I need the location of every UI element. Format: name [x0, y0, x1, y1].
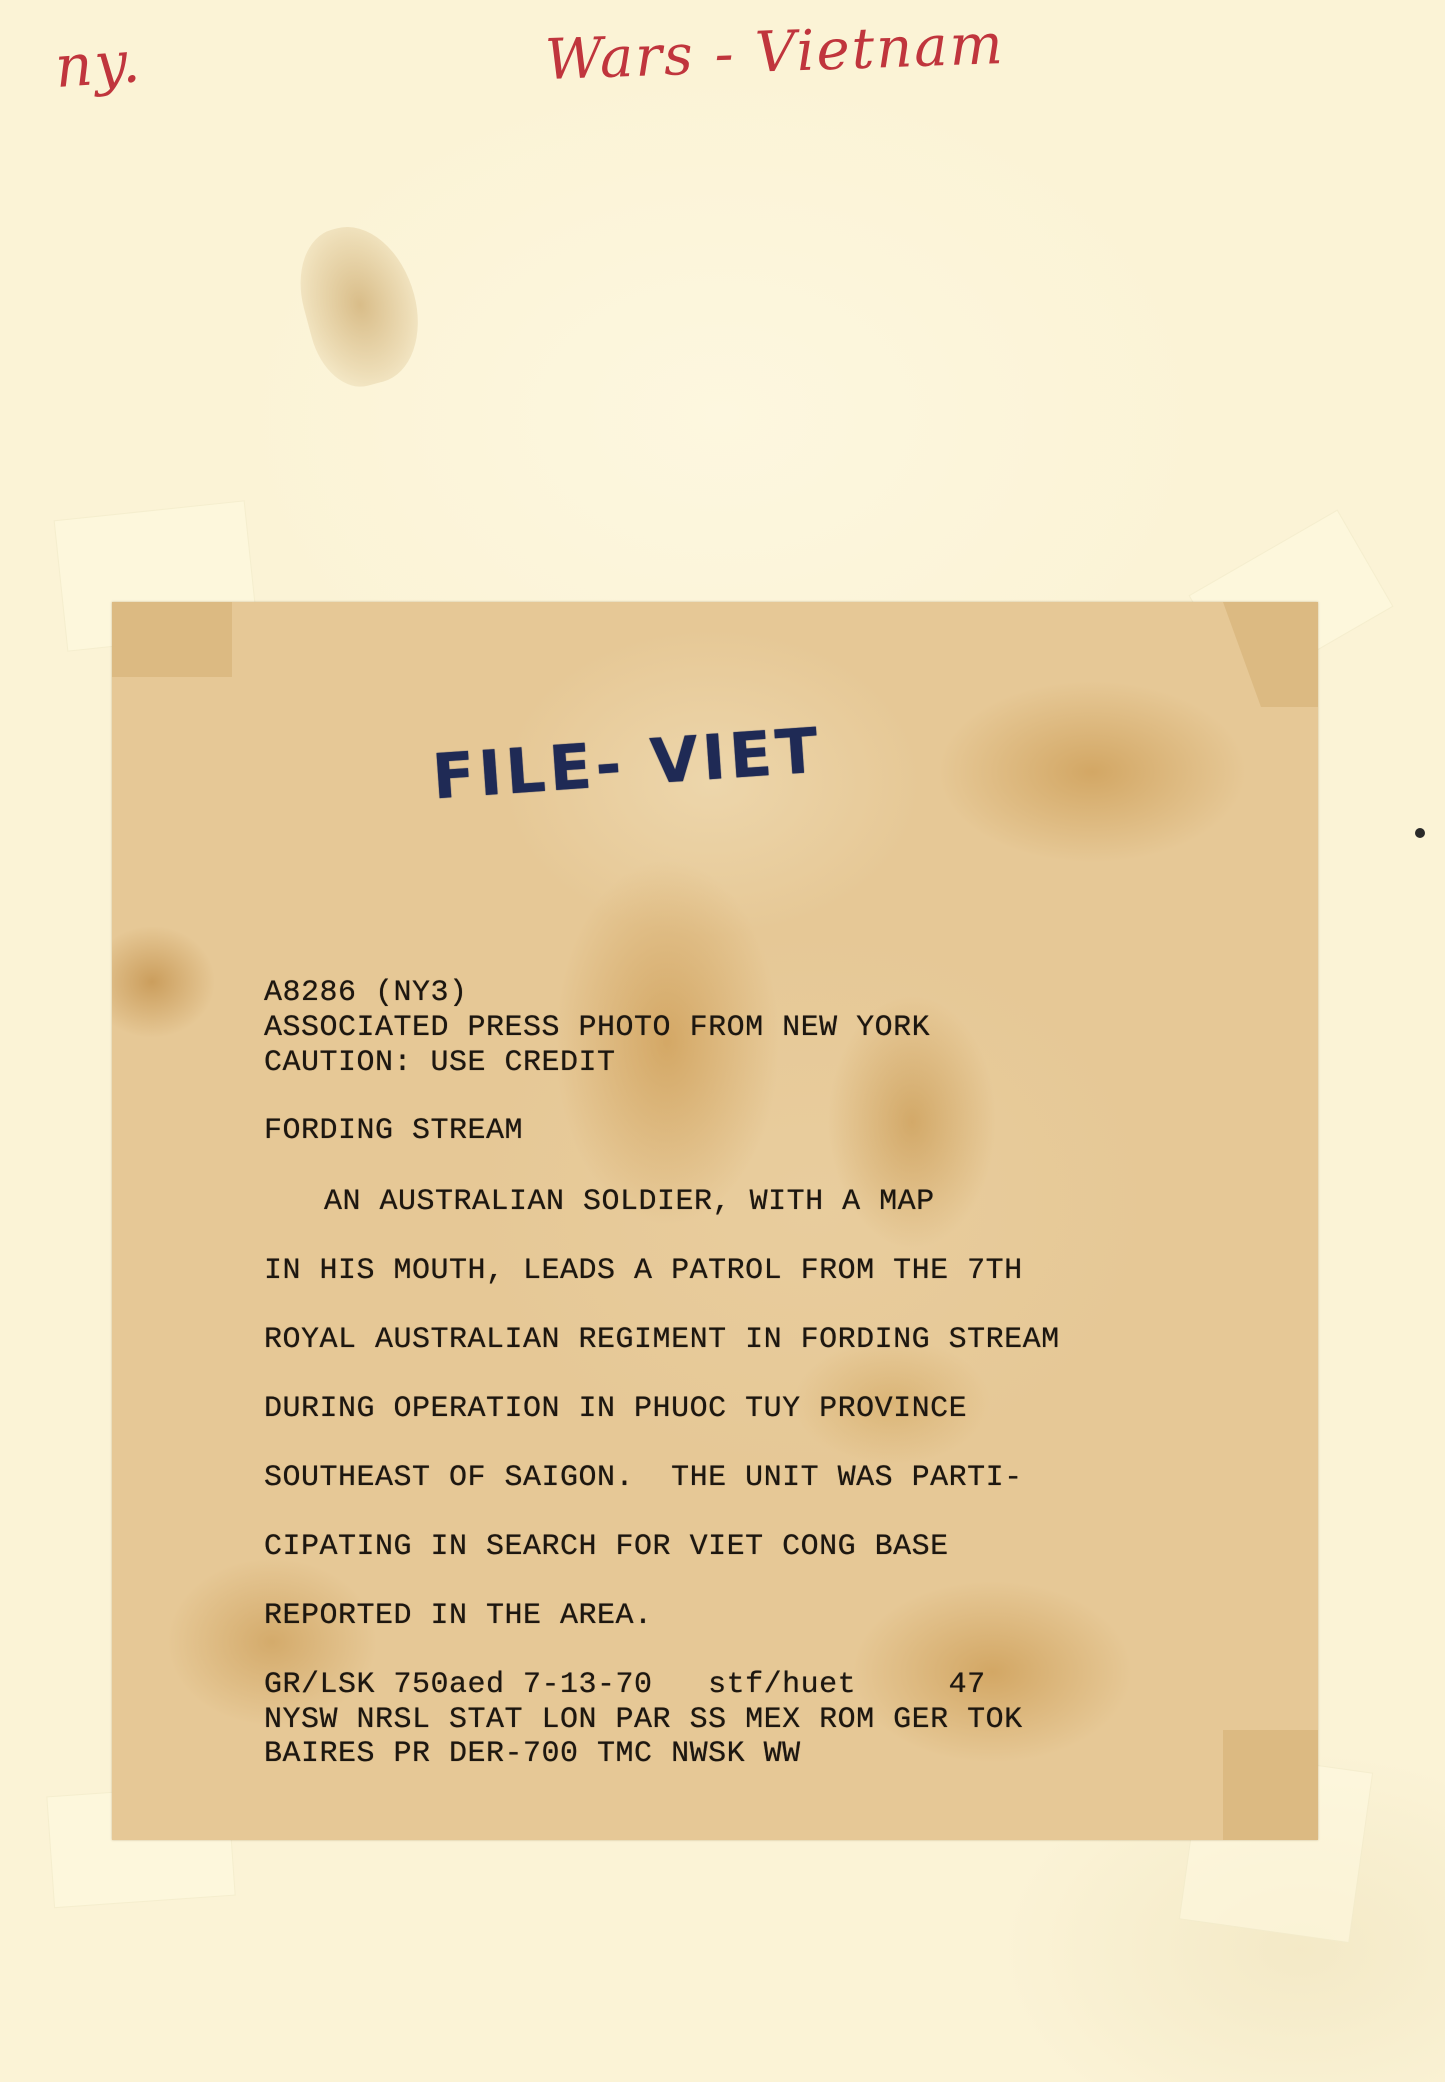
- caption-line: DURING OPERATION IN PHUOC TUY PROVINCE: [264, 1394, 967, 1424]
- distribution-list-line: NYSW NRSL STAT LON PAR SS MEX ROM GER TO…: [264, 1705, 1023, 1735]
- caption-line: CIPATING IN SEARCH FOR VIET CONG BASE: [264, 1532, 949, 1562]
- tape-on-clipping-top-left: [112, 602, 232, 677]
- tape-on-clipping-bottom-right: [1223, 1730, 1318, 1840]
- handwritten-category-label: Wars - Vietnam: [544, 12, 1006, 93]
- press-caption-clipping: FILE- VIET A8286 (NY3) ASSOCIATED PRESS …: [112, 602, 1318, 1840]
- file-note-marker: FILE- VIET: [430, 713, 824, 813]
- handwritten-initials: ny.: [53, 27, 144, 101]
- glue-stain: [286, 213, 434, 396]
- caption-line: REPORTED IN THE AREA.: [264, 1601, 653, 1631]
- credit-caution-line: CAUTION: USE CREDIT: [264, 1048, 616, 1078]
- agency-line: ASSOCIATED PRESS PHOTO FROM NEW YORK: [264, 1013, 930, 1043]
- tape-on-clipping-top-right: [1223, 602, 1318, 707]
- distribution-list-line: BAIRES PR DER-700 TMC NWSK WW: [264, 1739, 801, 1769]
- photo-id-line: A8286 (NY3): [264, 978, 468, 1008]
- transmission-code-line: GR/LSK 750aed 7-13-70 stf/huet 47: [264, 1670, 986, 1700]
- caption-line: IN HIS MOUTH, LEADS A PATROL FROM THE 7T…: [264, 1256, 1023, 1286]
- ink-dot: [1415, 828, 1425, 838]
- caption-line: AN AUSTRALIAN SOLDIER, WITH A MAP: [324, 1187, 935, 1217]
- caption-headline: FORDING STREAM: [264, 1116, 523, 1146]
- caption-line: ROYAL AUSTRALIAN REGIMENT IN FORDING STR…: [264, 1325, 1060, 1355]
- caption-line: SOUTHEAST OF SAIGON. THE UNIT WAS PARTI-: [264, 1463, 1023, 1493]
